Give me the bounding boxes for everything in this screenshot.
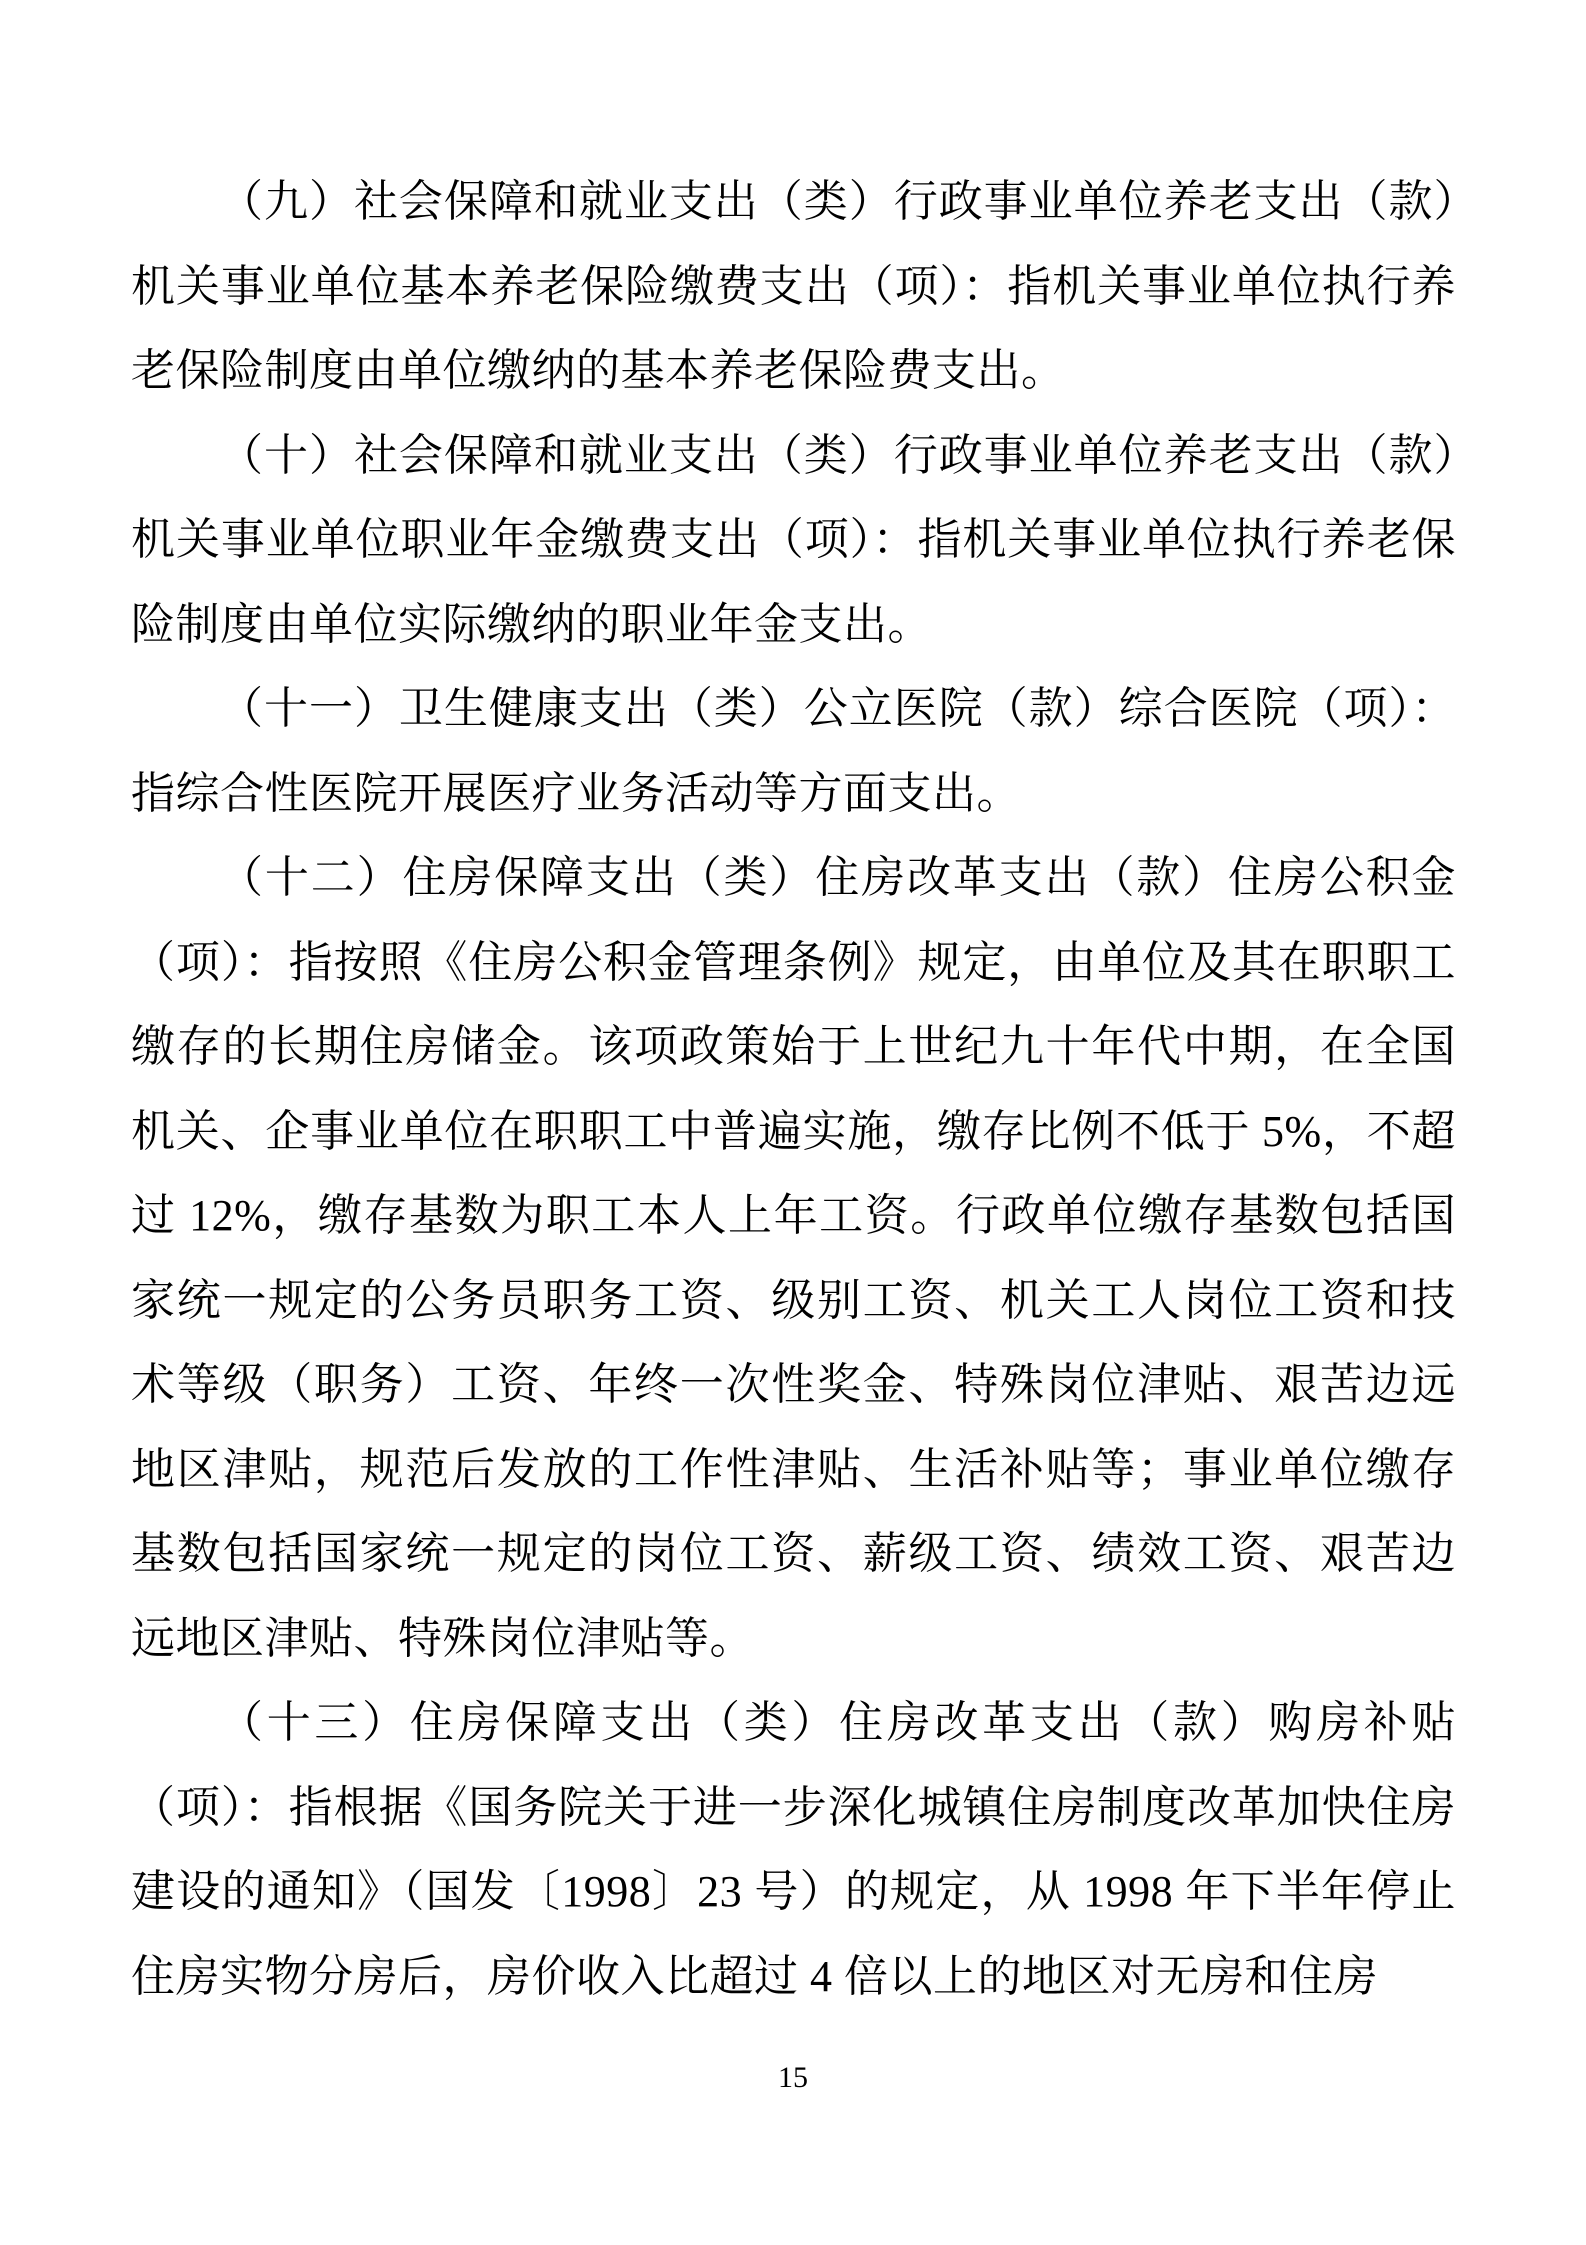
document-page: （九）社会保障和就业支出（类）行政事业单位养老支出（款）机关事业单位基本养老保险… [0,0,1586,2245]
page-number: 15 [0,2060,1586,2096]
paragraph-item-10: （十）社会保障和就业支出（类）行政事业单位养老支出（款）机关事业单位职业年金缴费… [131,414,1456,668]
paragraph-item-12: （十二）住房保障支出（类）住房改革支出（款）住房公积金（项）：指按照《住房公积金… [131,836,1456,1681]
paragraph-item-11: （十一）卫生健康支出（类）公立医院（款）综合医院（项）：指综合性医院开展医疗业务… [131,667,1456,836]
paragraph-item-9: （九）社会保障和就业支出（类）行政事业单位养老支出（款）机关事业单位基本养老保险… [131,160,1456,414]
document-body: （九）社会保障和就业支出（类）行政事业单位养老支出（款）机关事业单位基本养老保险… [131,160,1456,2019]
paragraph-item-13: （十三）住房保障支出（类）住房改革支出（款）购房补贴（项）：指根据《国务院关于进… [131,1681,1456,2019]
